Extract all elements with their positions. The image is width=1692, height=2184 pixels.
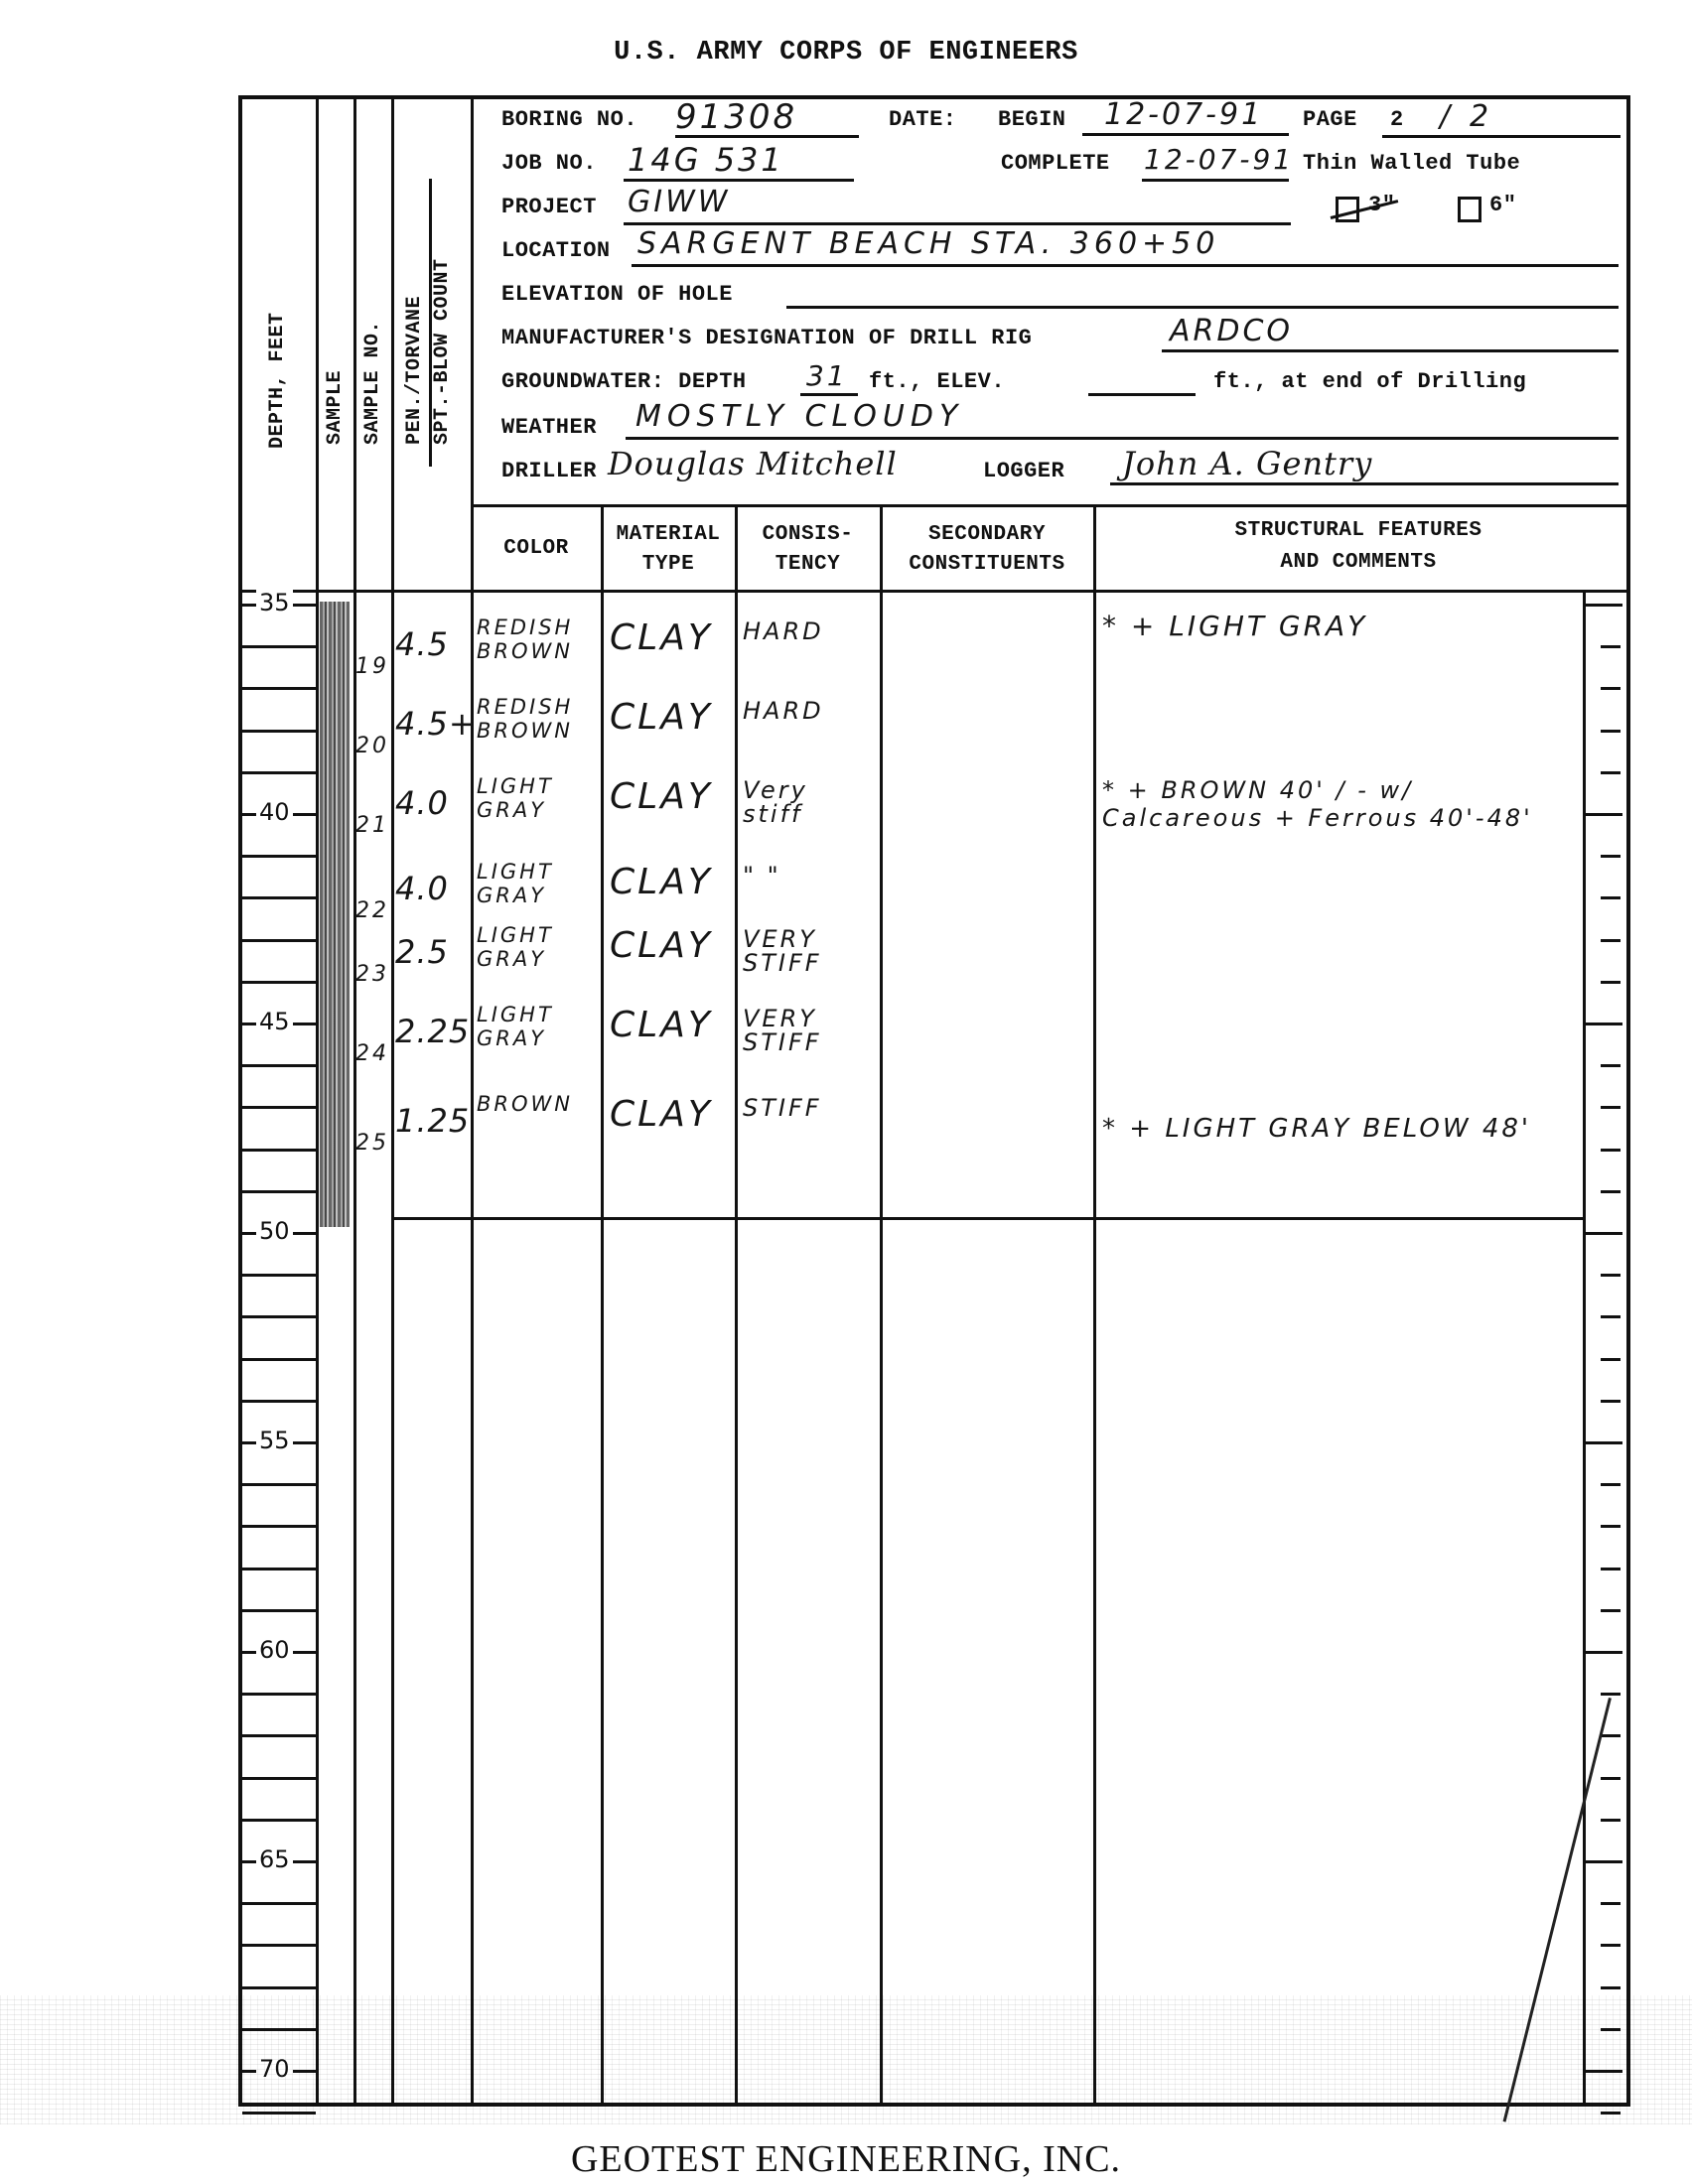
depth-gridline <box>242 1149 316 1152</box>
column-divider <box>601 506 604 2103</box>
sample-number: 22 <box>355 899 389 923</box>
right-ruler-tick <box>1601 1106 1621 1109</box>
column-divider <box>1093 506 1096 2103</box>
comment-3: * + LIGHT GRAY BELOW 48' <box>1102 1114 1579 1144</box>
driller-label: DRILLER <box>501 459 597 483</box>
drill-rig-label: MANUFACTURER'S DESIGNATION OF DRILL RIG <box>501 326 1032 350</box>
page-underline <box>1382 135 1621 138</box>
tube-3in-label: 3" <box>1368 193 1395 217</box>
groundwater-depth-underline <box>800 393 858 396</box>
sample-column-label: SAMPLE <box>324 370 347 445</box>
begin-date-underline <box>1082 133 1289 136</box>
depth-tick-label: 55 <box>256 1427 293 1454</box>
agency-title: U.S. ARMY CORPS OF ENGINEERS <box>0 38 1692 68</box>
groundwater-depth-value[interactable]: 31 <box>806 359 848 392</box>
right-ruler-tick <box>1601 645 1621 648</box>
project-value[interactable]: GIWW <box>628 185 730 219</box>
depth-gridline <box>242 896 316 899</box>
material-value: CLAY <box>610 868 713 897</box>
color-value: REDISH BROWN <box>477 695 598 743</box>
project-label: PROJECT <box>501 195 597 219</box>
right-ruler-tick <box>1601 855 1621 858</box>
depth-gridline <box>242 1400 316 1403</box>
drill-rig-underline <box>1162 349 1619 352</box>
scan-noise <box>0 1995 1692 2124</box>
complete-date-value[interactable]: 12-07-91 <box>1144 143 1294 176</box>
depth-gridline <box>242 1525 316 1528</box>
material-column-header-2: TYPE <box>603 550 734 580</box>
footer-company: GEOTEST ENGINEERING, INC. <box>0 2137 1692 2181</box>
pen-torvane-value: 4.0 <box>395 788 449 818</box>
groundwater-label: GROUNDWATER: DEPTH <box>501 369 747 394</box>
column-divider <box>1583 591 1586 2103</box>
page-total: 2 <box>1470 99 1491 134</box>
structural-column-header-2: AND COMMENTS <box>1095 548 1621 578</box>
depth-tick-label: 35 <box>256 589 293 616</box>
job-no-underline <box>624 179 854 182</box>
column-divider <box>880 506 883 2103</box>
right-ruler-tick <box>1601 1525 1621 1528</box>
right-ruler-tick <box>1601 1274 1621 1277</box>
comment-2: * + BROWN 40' / - w/ Calcareous + Ferrou… <box>1102 776 1579 832</box>
depth-gridline <box>242 1986 316 1989</box>
weather-underline <box>626 437 1619 440</box>
right-ruler-tick <box>1585 1023 1622 1025</box>
depth-tick-label: 65 <box>256 1845 293 1873</box>
structural-column-header-1: STRUCTURAL FEATURES <box>1095 516 1621 546</box>
job-no-label: JOB NO. <box>501 151 597 176</box>
sample-number: 25 <box>355 1132 389 1156</box>
boring-no-label: BORING NO. <box>501 107 637 132</box>
groundwater-elev-underline <box>1088 393 1196 396</box>
sample-number: 20 <box>355 735 389 758</box>
comment-1: * + LIGHT GRAY <box>1102 612 1367 641</box>
label-divider <box>429 179 432 467</box>
right-ruler-tick <box>1601 1609 1621 1612</box>
right-ruler-tick <box>1601 1400 1621 1403</box>
right-ruler-tick <box>1601 896 1621 899</box>
color-value: LIGHT GRAY <box>477 1003 598 1050</box>
right-ruler-tick <box>1601 1986 1621 1989</box>
material-column-header-1: MATERIAL <box>603 520 734 550</box>
column-divider <box>353 95 356 2103</box>
pen-torvane-value: 2.25 <box>395 1017 470 1046</box>
depth-tick-label: 45 <box>256 1008 293 1035</box>
right-ruler-tick <box>1601 1693 1621 1696</box>
depth-gridline <box>242 1190 316 1193</box>
right-ruler-tick <box>1601 1064 1621 1067</box>
right-ruler-tick <box>1601 1568 1621 1570</box>
right-ruler-tick <box>1601 1149 1621 1152</box>
depth-gridline <box>242 645 316 648</box>
elevation-underline <box>786 306 1619 309</box>
right-ruler-tick <box>1585 1860 1622 1863</box>
right-ruler-tick <box>1601 1777 1621 1780</box>
depth-gridline <box>242 1693 316 1696</box>
column-divider <box>471 95 474 2103</box>
elevation-label: ELEVATION OF HOLE <box>501 282 733 307</box>
depth-gridline <box>242 1106 316 1109</box>
depth-tick-label: 60 <box>256 1636 293 1664</box>
consistency-value: " " <box>743 864 877 887</box>
depth-gridline <box>242 1274 316 1277</box>
page-current: 2 <box>1390 107 1404 132</box>
complete-date-underline <box>1142 179 1289 182</box>
depth-gridline <box>242 1358 316 1361</box>
right-ruler-tick <box>1601 1483 1621 1486</box>
right-ruler-tick <box>1601 1190 1621 1193</box>
spt-blow-count-column-label: SPT.-BLOW COUNT <box>431 258 454 445</box>
sample-number: 23 <box>355 963 389 987</box>
right-ruler-tick <box>1585 1232 1622 1235</box>
right-ruler-tick <box>1585 604 1622 607</box>
depth-gridline <box>242 1819 316 1822</box>
depth-tick-label: 50 <box>256 1217 293 1245</box>
driller-value[interactable]: Douglas Mitchell <box>608 445 898 482</box>
depth-gridline <box>242 1483 316 1486</box>
column-divider <box>316 95 319 2103</box>
boring-no-underline <box>675 135 859 138</box>
depth-gridline <box>242 771 316 774</box>
material-value: CLAY <box>610 703 713 733</box>
header-divider <box>238 590 1626 593</box>
sample-number: 24 <box>355 1042 389 1066</box>
sample-number: 19 <box>355 655 389 679</box>
right-ruler-tick <box>1601 1315 1621 1318</box>
complete-label: COMPLETE <box>1001 151 1110 176</box>
job-no-value[interactable]: 14G 531 <box>628 141 784 179</box>
core-sample-graphic <box>320 602 350 1227</box>
location-label: LOCATION <box>501 238 611 263</box>
pen-torvane-column-label: PEN./TORVANE <box>403 296 426 445</box>
begin-date-value[interactable]: 12-07-91 <box>1104 97 1263 132</box>
project-underline <box>624 222 1291 225</box>
depth-gridline <box>242 1777 316 1780</box>
depth-gridline <box>242 687 316 690</box>
location-value[interactable]: SARGENT BEACH STA. 360+50 <box>637 226 1219 261</box>
depth-gridline <box>242 1734 316 1737</box>
material-value: CLAY <box>610 782 713 812</box>
ft-elev-label: ft., ELEV. <box>869 369 1005 394</box>
depth-column-label: DEPTH, FEET <box>266 312 289 449</box>
tube-6in-checkbox[interactable] <box>1458 197 1481 222</box>
material-value: CLAY <box>610 931 713 961</box>
weather-label: WEATHER <box>501 415 597 440</box>
consistency-column-header-1: CONSIS- <box>737 520 879 550</box>
consistency-value: Very stiff <box>743 778 877 826</box>
consistency-value: HARD <box>743 699 877 723</box>
right-ruler-tick <box>1585 813 1622 816</box>
right-ruler-tick <box>1585 1651 1622 1654</box>
color-value: REDISH BROWN <box>477 615 598 663</box>
right-ruler-tick <box>1585 1441 1622 1444</box>
secondary-column-header-1: SECONDARY <box>882 520 1092 550</box>
location-underline <box>632 264 1619 267</box>
color-column-header: COLOR <box>473 534 600 564</box>
page-separator: / <box>1440 99 1453 134</box>
right-ruler-tick <box>1601 1902 1621 1905</box>
page-label: PAGE <box>1303 107 1357 132</box>
depth-gridline <box>242 1902 316 1905</box>
material-value: CLAY <box>610 1011 713 1040</box>
material-value: CLAY <box>610 623 713 653</box>
depth-gridline <box>242 981 316 984</box>
sample-number: 21 <box>355 814 389 838</box>
column-divider <box>735 506 738 2103</box>
color-value: LIGHT GRAY <box>477 860 598 907</box>
pen-torvane-value: 4.5+ <box>395 709 477 739</box>
right-ruler-tick <box>1601 981 1621 984</box>
drill-rig-value[interactable]: ARDCO <box>1170 314 1293 348</box>
column-divider <box>391 95 394 2103</box>
pen-torvane-value: 4.5 <box>395 629 449 659</box>
right-ruler-tick <box>1601 1358 1621 1361</box>
depth-gridline <box>242 730 316 733</box>
depth-gridline <box>242 1315 316 1318</box>
depth-gridline <box>242 1609 316 1612</box>
header-divider <box>471 504 1626 507</box>
logger-underline <box>1110 482 1619 485</box>
pen-torvane-value: 2.5 <box>395 937 449 967</box>
color-value: LIGHT GRAY <box>477 774 598 822</box>
right-ruler-tick <box>1601 1819 1621 1822</box>
right-ruler-tick <box>1601 1944 1621 1947</box>
color-value: BROWN <box>477 1092 598 1116</box>
end-of-drilling-label: ft., at end of Drilling <box>1213 369 1526 394</box>
consistency-value: VERY STIFF <box>743 1007 877 1054</box>
consistency-column-header-2: TENCY <box>737 550 879 580</box>
tube-label: Thin Walled Tube <box>1303 151 1520 176</box>
depth-tick-label: 40 <box>256 798 293 826</box>
consistency-value: HARD <box>743 619 877 643</box>
date-label: DATE: <box>889 107 957 132</box>
logger-label: LOGGER <box>983 459 1064 483</box>
material-value: CLAY <box>610 1100 713 1130</box>
consistency-value: STIFF <box>743 1096 877 1120</box>
boring-no-value[interactable]: 91308 <box>675 97 797 137</box>
right-ruler-tick <box>1601 939 1621 942</box>
depth-gridline <box>242 939 316 942</box>
right-ruler-tick <box>1601 687 1621 690</box>
depth-gridline <box>242 855 316 858</box>
tube-6in-label: 6" <box>1489 193 1516 217</box>
right-ruler-tick <box>1601 771 1621 774</box>
end-of-boring-line <box>391 1217 1585 1220</box>
weather-value[interactable]: MOSTLY CLOUDY <box>635 399 963 434</box>
secondary-column-header-2: CONSTITUENTS <box>882 550 1092 580</box>
pen-torvane-value: 1.25 <box>395 1106 470 1136</box>
color-value: LIGHT GRAY <box>477 923 598 971</box>
sample-no-column-label: SAMPLE NO. <box>361 321 384 445</box>
right-ruler-tick <box>1601 1734 1621 1737</box>
depth-gridline <box>242 1568 316 1570</box>
depth-gridline <box>242 1064 316 1067</box>
logger-value[interactable]: John A. Gentry <box>1122 445 1372 482</box>
begin-label: BEGIN <box>998 107 1066 132</box>
consistency-value: VERY STIFF <box>743 927 877 975</box>
depth-gridline <box>242 1944 316 1947</box>
pen-torvane-value: 4.0 <box>395 874 449 903</box>
right-ruler-tick <box>1601 730 1621 733</box>
